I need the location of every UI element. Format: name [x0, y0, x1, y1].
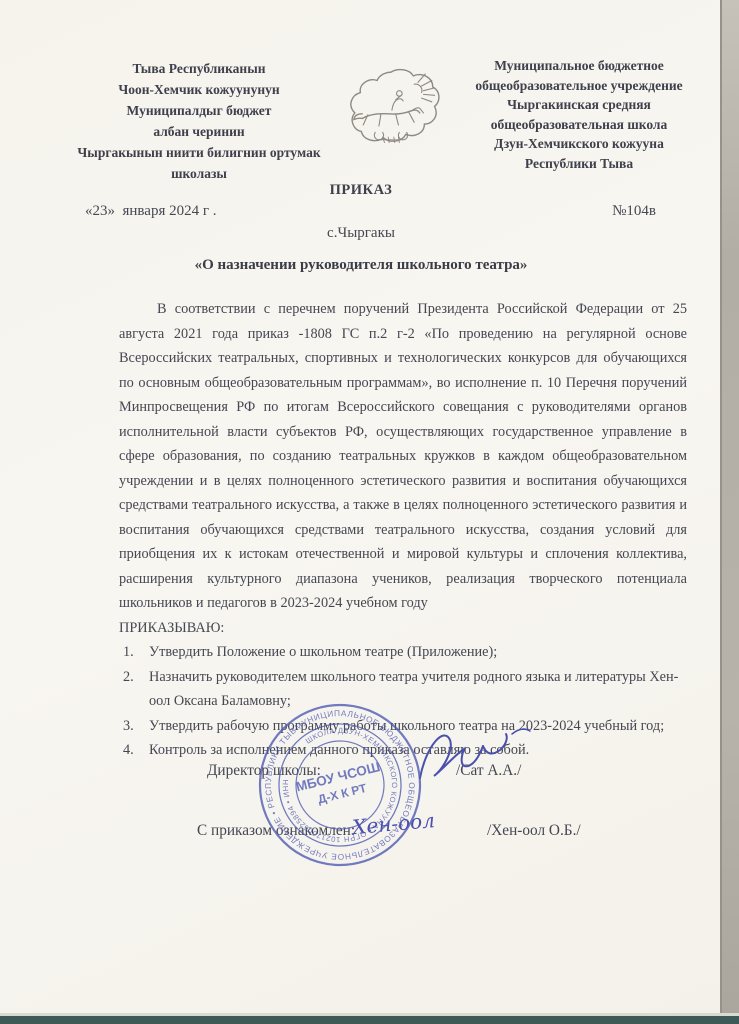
org-left-line: Чоон-Хемчик кожуунунун	[58, 79, 340, 100]
org-right-line: Чыргакинская средняя общеобразовательная…	[442, 95, 716, 134]
document-date: «23» января 2024 г .	[85, 203, 217, 220]
order-item-number: 1.	[123, 640, 134, 665]
org-left-line: Тыва Республиканын	[58, 58, 340, 79]
org-name-russian: Муниципальное бюджетное общеобразователь…	[442, 56, 716, 173]
stamp-inner-ring-text: ШКОЛА ДЗУН-ХЕМЧИКСКОГО КОЖУУНА • ОГРН 10…	[257, 702, 423, 868]
order-item-number: 2.	[123, 665, 134, 690]
org-right-line: Дзун-Хемчикского кожууна	[442, 134, 716, 154]
document-subject: «О назначении руководителя школьного теа…	[0, 257, 722, 274]
order-item-number: 3.	[123, 714, 134, 739]
org-name-tuvan: Тыва Республиканын Чоон-Хемчик кожуунуну…	[58, 58, 340, 184]
org-left-line: албан черинин	[58, 121, 340, 142]
scan-edge-bottom	[0, 1016, 739, 1024]
scan-edge-right	[720, 0, 739, 1024]
org-right-line: Муниципальное бюджетное общеобразователь…	[442, 56, 716, 95]
order-item-text: Утвердить Положение о школьном театре (П…	[149, 644, 497, 660]
scanned-order-document: Тыва Республиканын Чоон-Хемчик кожуунуну…	[0, 0, 739, 1024]
order-item: 1. Утвердить Положение о школьном театре…	[119, 640, 687, 665]
org-right-line: Республики Тыва	[442, 154, 716, 174]
document-place: с.Чыргакы	[0, 225, 722, 242]
resolve-word: ПРИКАЗЫВАЮ:	[119, 616, 687, 641]
order-item-number: 4.	[123, 738, 134, 763]
school-round-stamp-icon: МУНИЦИПАЛЬНОЕ БЮДЖЕТНОЕ ОБЩЕОБРАЗОВАТЕЛЬ…	[233, 678, 447, 892]
document-title: ПРИКАЗ	[0, 182, 722, 199]
tuva-horseman-emblem-icon	[340, 62, 442, 162]
org-left-line: Чыргакынын ниити билигнин ортумак школаз…	[58, 142, 340, 184]
date-number-row: «23» января 2024 г . №104в	[85, 203, 656, 220]
svg-text:МУНИЦИПАЛЬНОЕ БЮДЖЕТНОЕ ОБЩЕОБ: МУНИЦИПАЛЬНОЕ БЮДЖЕТНОЕ ОБЩЕОБРАЗОВАТЕЛЬ…	[233, 678, 447, 892]
acknowledged-name: /Хен-оол О.Б./	[487, 822, 581, 840]
document-number: №104в	[612, 203, 656, 220]
preamble-paragraph: В соответствии с перечнем поручений През…	[119, 297, 687, 616]
svg-text:ШКОЛА ДЗУН-ХЕМЧИКСКОГО КОЖУУНА: ШКОЛА ДЗУН-ХЕМЧИКСКОГО КОЖУУНА • ОГРН 10…	[257, 702, 423, 868]
stamp-outer-ring-text: МУНИЦИПАЛЬНОЕ БЮДЖЕТНОЕ ОБЩЕОБРАЗОВАТЕЛЬ…	[233, 678, 447, 892]
org-left-line: Муниципалдыг бюджет	[58, 100, 340, 121]
